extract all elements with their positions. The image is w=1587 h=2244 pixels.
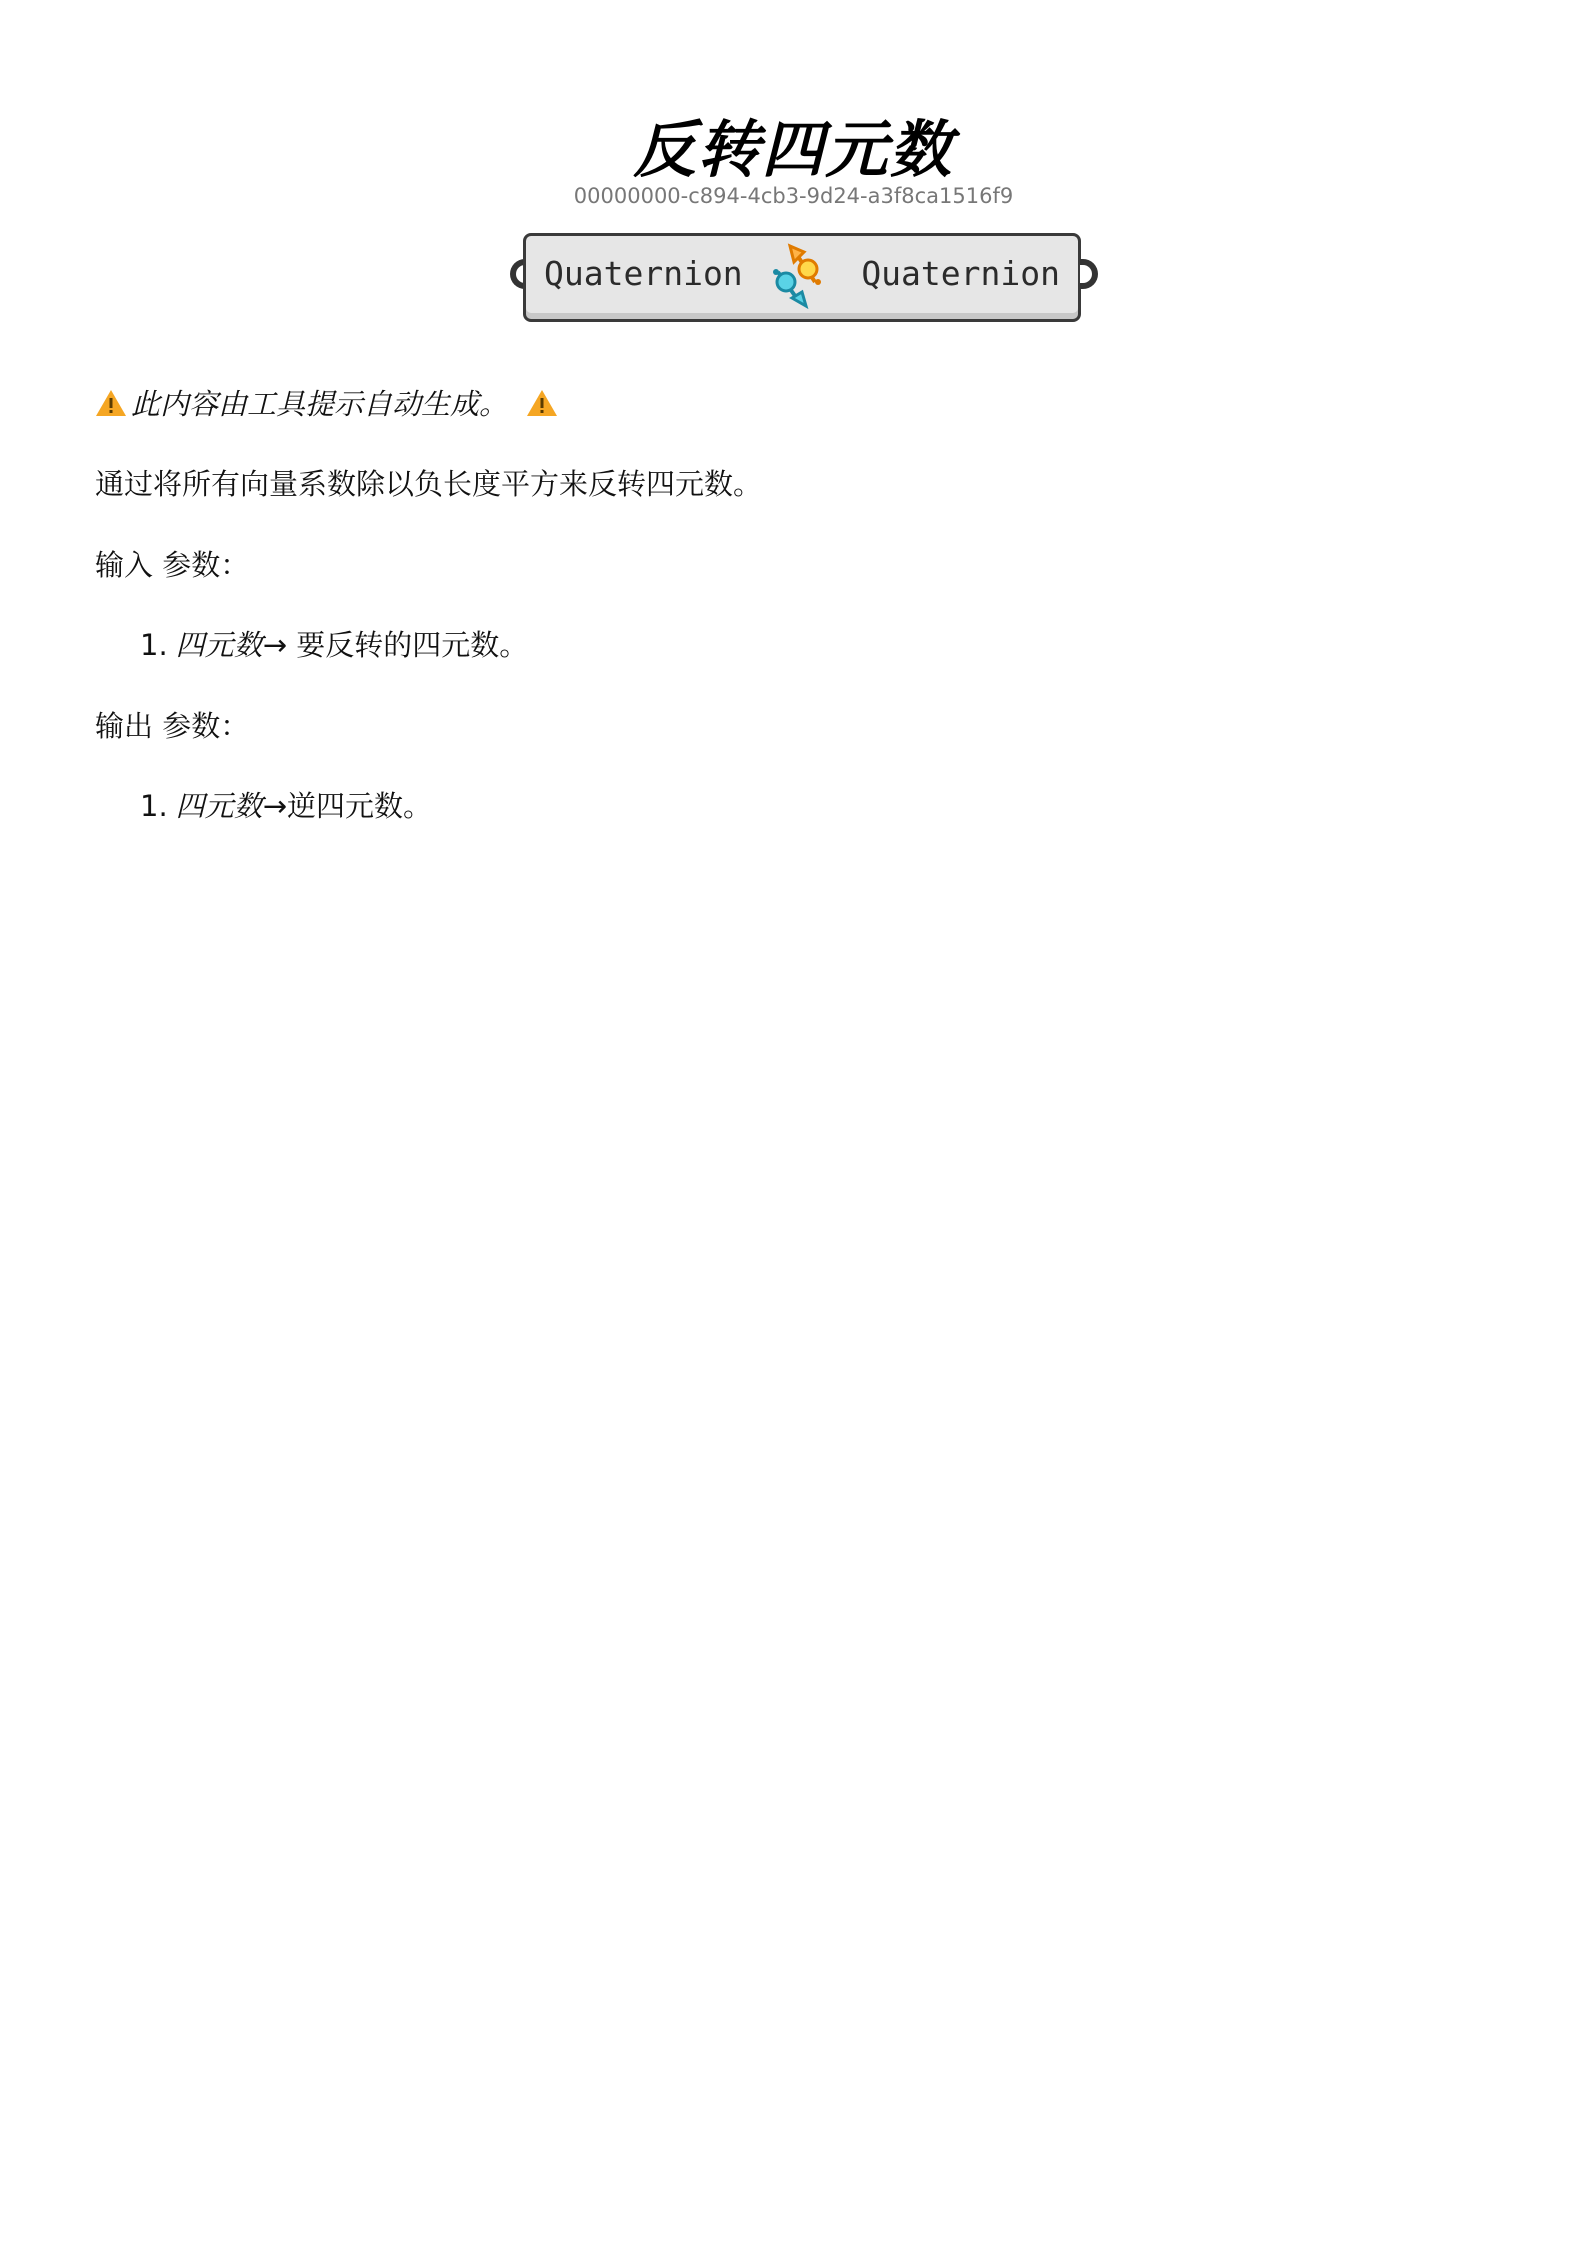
component-node[interactable]: Quaternion Quaternion [523,233,1081,322]
inputs-heading: 输入 参数： [95,543,249,584]
item-number: 1. [140,628,168,662]
arrow: → [263,789,287,823]
param-description: 要反转的四元数。 [287,628,528,662]
input-param-label: Quaternion [544,254,743,293]
output-param-label: Quaternion [861,254,1060,293]
page-title: 反转四元数 [0,100,1587,189]
arrow: → [263,628,287,662]
param-description: 逆四元数。 [287,789,432,823]
warning-icon [526,388,558,418]
output-port[interactable] [1080,259,1098,289]
notice-text: 此内容由工具提示自动生成。 [131,382,508,423]
component-guid: 00000000-c894-4cb3-9d24-a3f8ca1516f9 [0,184,1587,208]
param-name: 四元数 [176,628,263,662]
input-param-item: 1.四元数→ 要反转的四元数。 [140,623,528,664]
invert-quaternion-icon [768,242,838,312]
outputs-heading: 输出 参数： [95,704,249,745]
warning-icon [95,388,127,418]
component-description: 通过将所有向量系数除以负长度平方来反转四元数。 [95,462,762,503]
item-number: 1. [140,789,168,823]
auto-generated-notice: 此内容由工具提示自动生成。 [95,382,562,423]
output-param-item: 1.四元数→逆四元数。 [140,784,432,825]
param-name: 四元数 [176,789,263,823]
